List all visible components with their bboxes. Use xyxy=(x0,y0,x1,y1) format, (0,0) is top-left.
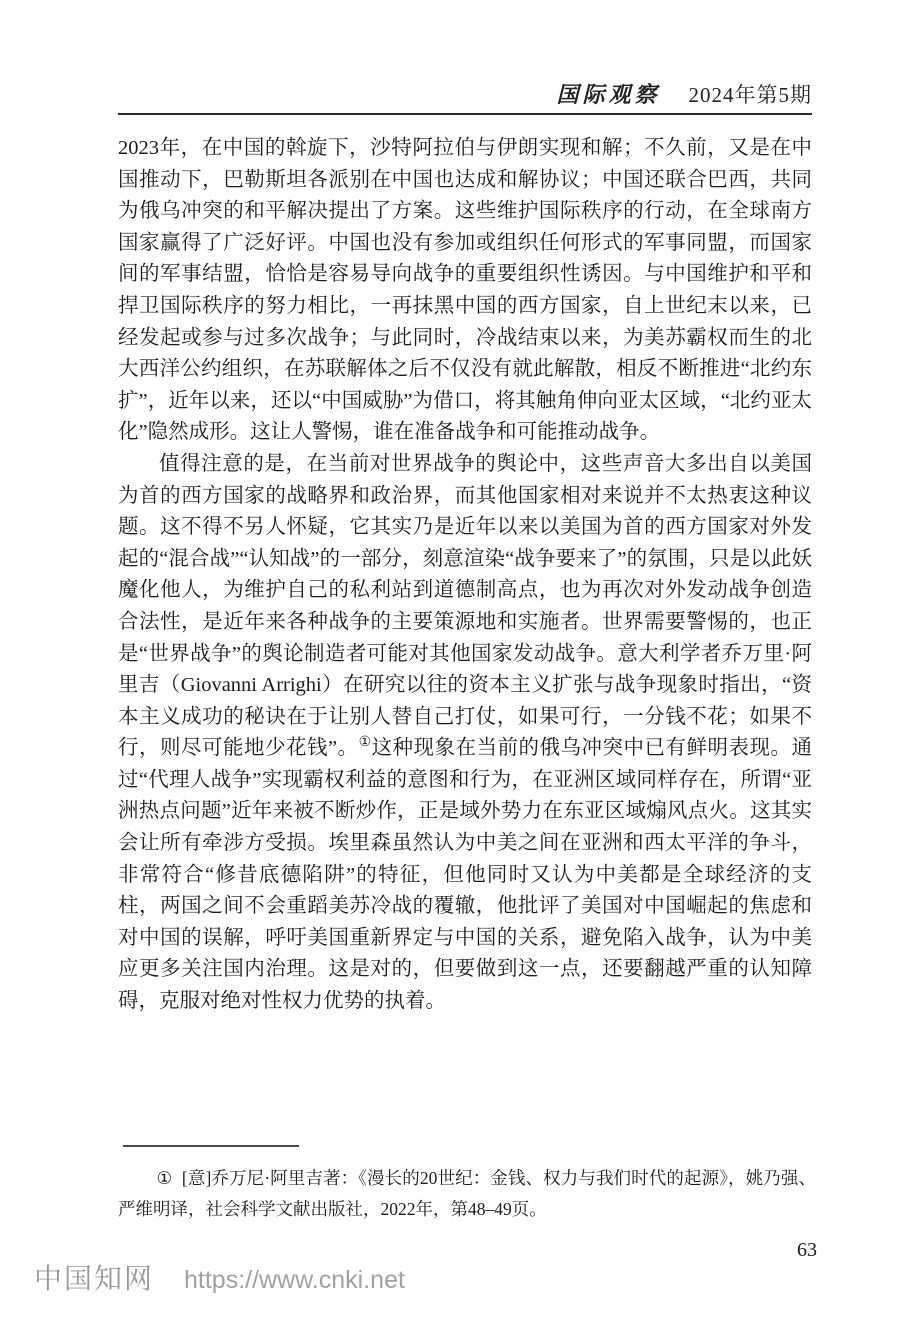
paragraph-text: 值得注意的是，在当前对世界战争的舆论中，这些声音大多出自以美国为首的西方国家的战… xyxy=(118,453,812,759)
paragraph-text: 这种现象在当前的俄乌冲突中已有鲜明表现。通过“代理人战争”实现霸权利益的意图和行… xyxy=(118,737,812,1012)
footnote-reference-mark: ① xyxy=(359,735,372,750)
running-head: 国际观察 2024年第5期 xyxy=(118,78,812,109)
cnki-url: https://www.cnki.net xyxy=(184,1266,405,1295)
footnote-entry: ①[意]乔万尼·阿里吉著：《漫长的20世纪：金钱、权力与我们时代的起源》，姚乃强… xyxy=(118,1163,816,1224)
footnote-text: [意]乔万尼·阿里吉著：《漫长的20世纪：金钱、权力与我们时代的起源》，姚乃强、… xyxy=(118,1168,816,1219)
footnote-divider xyxy=(123,1145,299,1147)
footnote: ①[意]乔万尼·阿里吉著：《漫长的20世纪：金钱、权力与我们时代的起源》，姚乃强… xyxy=(118,1163,816,1224)
journal-title: 国际观察 xyxy=(556,78,660,109)
paragraph: 2023年，在中国的斡旋下，沙特阿拉伯与伊朗实现和解；不久前，又是在中国推动下，… xyxy=(118,133,812,449)
page-number: 63 xyxy=(797,1239,817,1262)
journal-page: 国际观察 2024年第5期 2023年，在中国的斡旋下，沙特阿拉伯与伊朗实现和解… xyxy=(0,0,903,1323)
paragraph: 值得注意的是，在当前对世界战争的舆论中，这些声音大多出自以美国为首的西方国家的战… xyxy=(118,449,812,1018)
cnki-watermark: 中国知网 https://www.cnki.net xyxy=(34,1257,405,1297)
article-body: 2023年，在中国的斡旋下，沙特阿拉伯与伊朗实现和解；不久前，又是在中国推动下，… xyxy=(118,133,812,1018)
footnote-marker: ① xyxy=(157,1168,173,1188)
header-divider xyxy=(118,113,812,115)
issue-label: 2024年第5期 xyxy=(689,79,813,109)
cnki-brand: 中国知网 xyxy=(34,1257,154,1297)
